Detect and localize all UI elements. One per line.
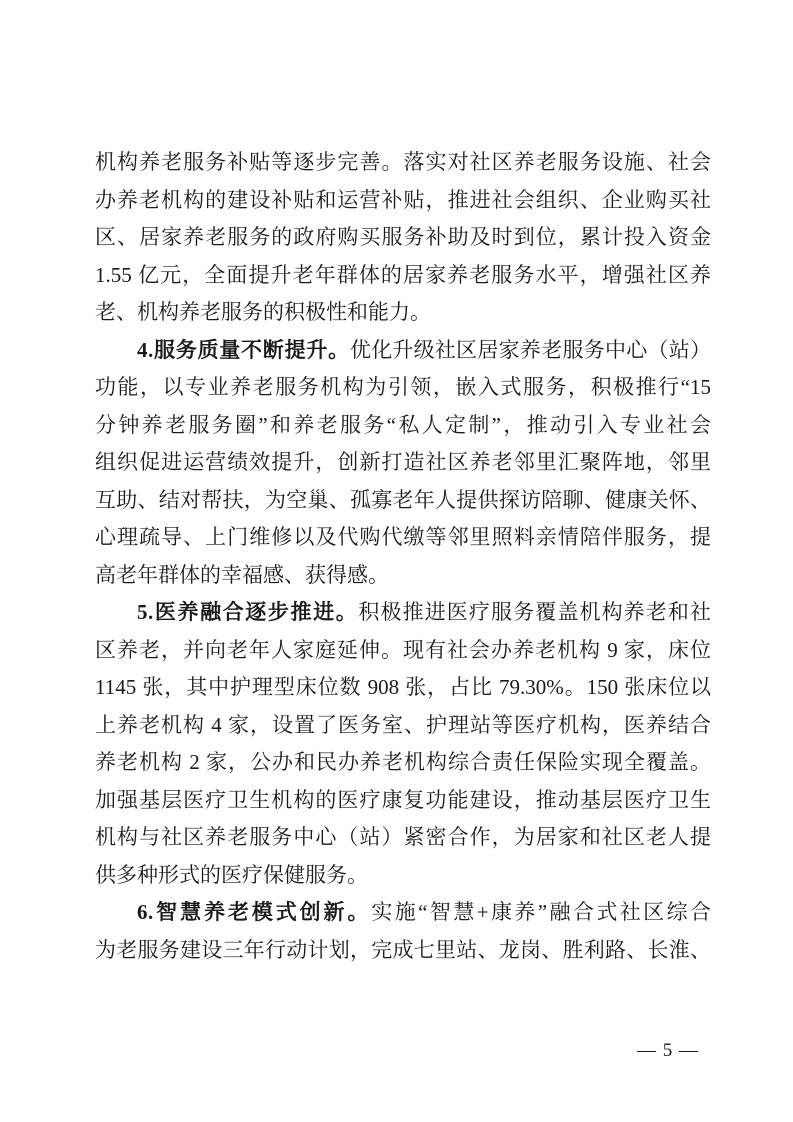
text-line: 加强基层医疗卫生机构的医疗康复功能建设，推动基层医疗卫生 [95,782,711,820]
page-number: — 5 — [637,1041,699,1061]
paragraph: 5.医养融合逐步推进。积极推进医疗服务覆盖机构养老和社 区养老，并向老年人家庭延… [95,594,711,894]
paragraph-lead: 5.医养融合逐步推进。 [137,600,358,624]
text-line: 上养老机构 4 家，设置了医务室、护理站等医疗机构，医养结合 [95,707,711,745]
line-text: 积极推进医疗服务覆盖机构养老和社 [358,600,711,624]
document-body: 机构养老服务补贴等逐步完善。落实对社区养老服务设施、社会 办养老机构的建设补贴和… [95,144,711,969]
text-line: 功能，以专业养老服务机构为引领，嵌入式服务，积极推行“15 [95,369,711,407]
text-line: 1.55 亿元，全面提升老年群体的居家养老服务水平，增强社区养 [95,257,711,295]
text-line: 供多种形式的医疗保健服务。 [95,857,711,895]
paragraph: 机构养老服务补贴等逐步完善。落实对社区养老服务设施、社会 办养老机构的建设补贴和… [95,144,711,332]
text-line: 4.服务质量不断提升。优化升级社区居家养老服务中心（站） [95,332,711,370]
text-line: 6.智慧养老模式创新。实施“智慧+康养”融合式社区综合 [95,894,711,932]
text-line: 组织促进运营绩效提升，创新打造社区养老邻里汇聚阵地，邻里 [95,444,711,482]
text-line: 老、机构养老服务的积极性和能力。 [95,294,711,332]
text-line: 高老年群体的幸福感、获得感。 [95,557,711,595]
text-line: 5.医养融合逐步推进。积极推进医疗服务覆盖机构养老和社 [95,594,711,632]
text-line: 机构与社区养老服务中心（站）紧密合作，为居家和社区老人提 [95,819,711,857]
text-line: 机构养老服务补贴等逐步完善。落实对社区养老服务设施、社会 [95,144,711,182]
paragraph-lead: 4.服务质量不断提升。 [137,338,350,362]
paragraph: 6.智慧养老模式创新。实施“智慧+康养”融合式社区综合 为老服务建设三年行动计划… [95,894,711,969]
text-line: 为老服务建设三年行动计划，完成七里站、龙岗、胜利路、长淮、 [95,932,711,970]
text-line: 互助、结对帮扶，为空巢、孤寡老年人提供探访陪聊、健康关怀、 [95,482,711,520]
text-line: 养老机构 2 家，公办和民办养老机构综合责任保险实现全覆盖。 [95,744,711,782]
paragraph: 4.服务质量不断提升。优化升级社区居家养老服务中心（站） 功能，以专业养老服务机… [95,332,711,595]
document-page: 机构养老服务补贴等逐步完善。落实对社区养老服务设施、社会 办养老机构的建设补贴和… [0,0,793,1122]
text-line: 1145 张，其中护理型床位数 908 张，占比 79.30%。150 张床位以 [95,669,711,707]
line-text: 实施“智慧+康养”融合式社区综合 [371,900,711,924]
line-text: 优化升级社区居家养老服务中心（站） [350,338,711,362]
text-line: 区养老，并向老年人家庭延伸。现有社会办养老机构 9 家，床位 [95,632,711,670]
paragraph-lead: 6.智慧养老模式创新。 [137,900,371,924]
text-line: 区、居家养老服务的政府购买服务补助及时到位，累计投入资金 [95,219,711,257]
text-line: 心理疏导、上门维修以及代购代缴等邻里照料亲情陪伴服务，提 [95,519,711,557]
text-line: 分钟养老服务圈”和养老服务“私人定制”，推动引入专业社会 [95,407,711,445]
text-line: 办养老机构的建设补贴和运营补贴，推进社会组织、企业购买社 [95,182,711,220]
